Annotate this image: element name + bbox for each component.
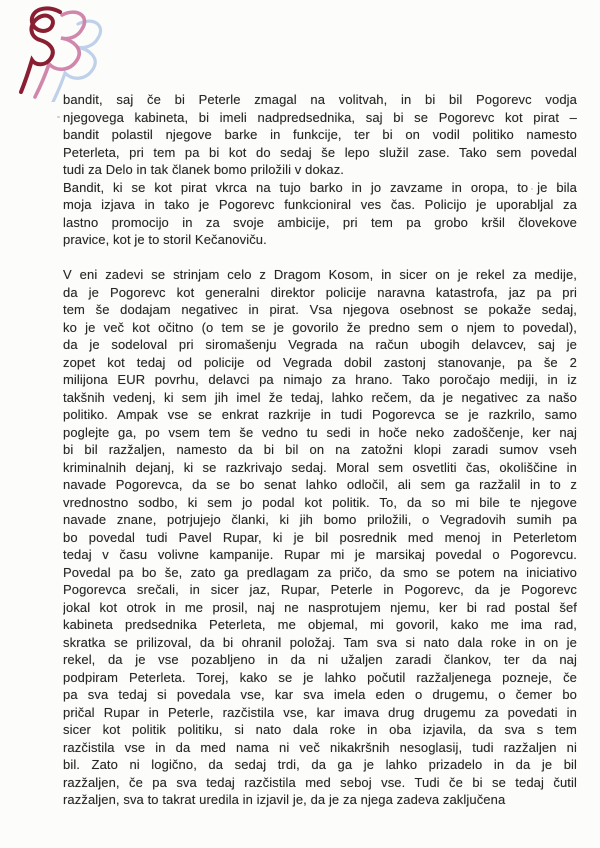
paragraph: bandit, saj če bi Peterle zmagal na voli… bbox=[63, 91, 577, 179]
text-line: pravice, kot je to storil Kečanoviču. bbox=[63, 231, 577, 249]
text-line: poglejte ga, po vsem tem še vedno tu sed… bbox=[63, 424, 577, 442]
text-line: ko je več kot očitno (o tem se je govori… bbox=[63, 319, 577, 337]
text-line: zopet kot tedaj od policije od Vegrada d… bbox=[63, 354, 577, 372]
text-line: kabineta predsednika Peterleta, me objem… bbox=[63, 616, 577, 634]
text-line: tudi za Delo in tak članek bomo priložil… bbox=[63, 161, 577, 179]
text-line: njegovega kabineta, bi imeli nadpredsedn… bbox=[63, 109, 577, 127]
text-line: tedaj v času volivne kampanije. Rupar mi… bbox=[63, 546, 577, 564]
swoosh-stroke-dark-red bbox=[21, 8, 60, 92]
text-block: bandit, saj če bi Peterle zmagal na voli… bbox=[63, 91, 577, 809]
text-line: pričal Rupar in Peterle, razčistila vse,… bbox=[63, 704, 577, 722]
text-line: navade znane, potrjujejo članki, ki jih … bbox=[63, 511, 577, 529]
paragraph: Bandit, ki se kot pirat vkrca na tujo ba… bbox=[63, 179, 577, 249]
letterhead-logo bbox=[12, 2, 122, 102]
paragraph: V eni zadevi se strinjam celo z Dragom K… bbox=[63, 266, 577, 809]
text-line: Peterleta, pri tem pa bi kot do sedaj še… bbox=[63, 144, 577, 162]
text-line: razžaljen, sva to takrat uredila in izja… bbox=[63, 791, 577, 809]
text-line: politiko. Ampak vse se enkrat razkrije i… bbox=[63, 406, 577, 424]
text-line: bi bil razžaljen, namesto da bi bil on n… bbox=[63, 441, 577, 459]
text-line: Pogorevca srečali, in sicer jaz, Rupar, … bbox=[63, 581, 577, 599]
text-line: pa sva tedaj si povedala vse, kar sva im… bbox=[63, 686, 577, 704]
text-line: bandit, saj če bi Peterle zmagal na voli… bbox=[63, 91, 577, 109]
text-line: jokal kot otrok in me prosil, naj ne nas… bbox=[63, 599, 577, 617]
scanned-document-page: bandit, saj če bi Peterle zmagal na voli… bbox=[0, 0, 600, 848]
text-line: da je Pogorevc kot generalni direktor po… bbox=[63, 284, 577, 302]
text-line: kriminalnih dejanj, ki se razkrivajo sed… bbox=[63, 459, 577, 477]
text-line: rekel, da je vse pozabljeno in da ni uža… bbox=[63, 651, 577, 669]
text-line: razčistila vse in da med nama ni več nik… bbox=[63, 739, 577, 757]
scan-speck bbox=[531, 188, 533, 190]
text-line: vrednostno sodbo, ki sem jo podal kot po… bbox=[63, 494, 577, 512]
text-line: tem še dodajam negativec in pirat. Vsa n… bbox=[63, 301, 577, 319]
text-line: navade Pogorevca, da se bo senat lahko o… bbox=[63, 476, 577, 494]
text-line: Povedal pa bo še, zato ga predlagam za p… bbox=[63, 564, 577, 582]
text-line: skratka se prilizoval, da bi ohranil pol… bbox=[63, 634, 577, 652]
text-line: podpiram Peterleta. Torej, kako se je la… bbox=[63, 669, 577, 687]
text-line: bil. Zato ni logično, da sedaj trdi, da … bbox=[63, 756, 577, 774]
text-line: da je sodeloval pri siromašenju Vegrada … bbox=[63, 336, 577, 354]
text-line: razžaljen, če pa sva tedaj razčistila me… bbox=[63, 774, 577, 792]
scan-speck bbox=[57, 116, 60, 118]
text-line: V eni zadevi se strinjam celo z Dragom K… bbox=[63, 266, 577, 284]
triple-s-swoosh-icon bbox=[12, 2, 122, 102]
text-line: sicer kot politik politiku, si nato dala… bbox=[63, 721, 577, 739]
text-line: Bandit, ki se kot pirat vkrca na tujo ba… bbox=[63, 179, 577, 197]
text-line: takšnih vedenj, ki sem jih imel že tedaj… bbox=[63, 389, 577, 407]
text-line: bo povedal tudi Pavel Rupar, ki je bil p… bbox=[63, 529, 577, 547]
text-line: lastno promocijo in za svoje ambicije, p… bbox=[63, 214, 577, 232]
text-line: milijona EUR povrhu, delavci pa nimajo z… bbox=[63, 371, 577, 389]
text-line: bandit polastil njegove barke in funkcij… bbox=[63, 126, 577, 144]
text-line: moja izjava in tako je Pogorevc funkcion… bbox=[63, 196, 577, 214]
